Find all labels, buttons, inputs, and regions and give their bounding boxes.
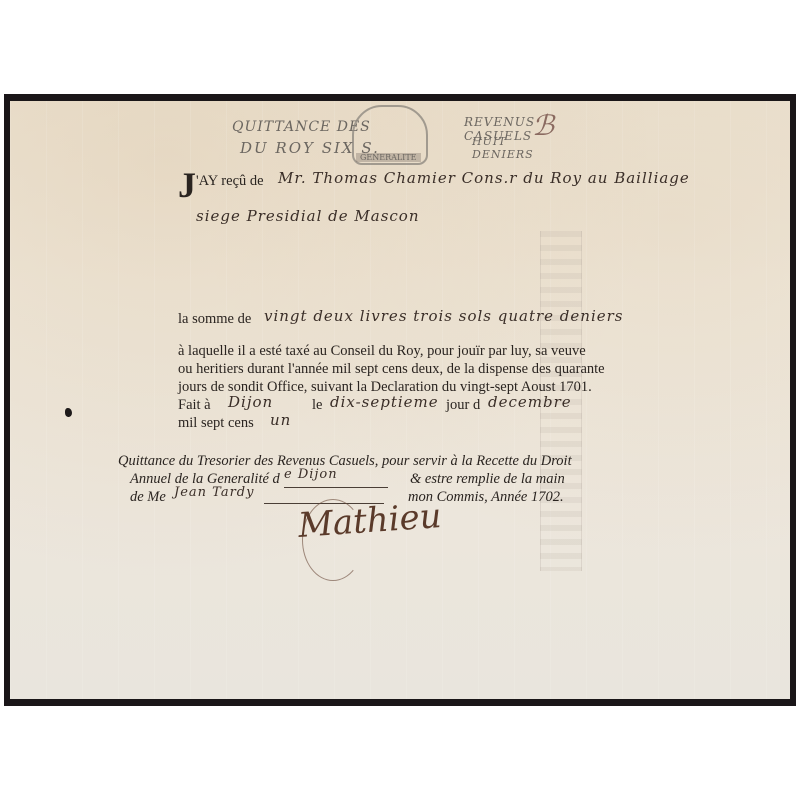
year-label: mil sept cens xyxy=(178,415,254,432)
jour-label: jour d xyxy=(446,397,480,414)
fait-label: Fait à xyxy=(178,397,211,414)
sum-handwritten: vingt deux livres trois sols quatre deni… xyxy=(264,307,624,325)
footer-line-1: Quittance du Tresorier des Revenus Casue… xyxy=(118,453,572,470)
generalite-handwritten: e Dijon xyxy=(284,467,338,482)
le-label: le xyxy=(312,397,322,414)
treasurer-signature: Mathieu xyxy=(297,496,443,546)
year-handwritten: un xyxy=(270,411,291,429)
place-handwritten: Dijon xyxy=(228,393,273,411)
tax-stamp-header: QUITTANCE DES DU ROY SIX S. GENERALITE R… xyxy=(232,105,562,167)
dropcap-initial: J xyxy=(178,167,196,203)
generalite-underline xyxy=(284,487,388,488)
paraph-mark-icon: ℬ xyxy=(532,109,554,142)
commis-name-handwritten: Jean Tardy xyxy=(174,485,254,500)
stamp-crest-label: GENERALITE xyxy=(356,153,421,162)
month-handwritten: decembre xyxy=(488,393,572,411)
sum-label: la somme de xyxy=(178,311,251,328)
document-paper: QUITTANCE DES DU ROY SIX S. GENERALITE R… xyxy=(10,101,790,699)
footer-line-2-suffix: & estre remplie de la main xyxy=(410,471,565,488)
stamp-left-line1: QUITTANCE DES xyxy=(232,119,371,135)
opening-printed: 'AY reçû de xyxy=(196,173,264,190)
day-handwritten: dix-septieme xyxy=(330,393,439,411)
ink-blot xyxy=(65,408,72,417)
payer-name-handwritten: Mr. Thomas Chamier Cons.r du Roy au Bail… xyxy=(278,169,690,187)
body-line-1: à laquelle il a esté taxé au Conseil du … xyxy=(178,343,586,360)
footer-line-3-prefix: de Me xyxy=(130,489,166,506)
payer-office-handwritten: siege Presidial de Mascon xyxy=(196,207,420,225)
body-line-2: ou heritiers durant l'année mil sept cen… xyxy=(178,361,605,378)
